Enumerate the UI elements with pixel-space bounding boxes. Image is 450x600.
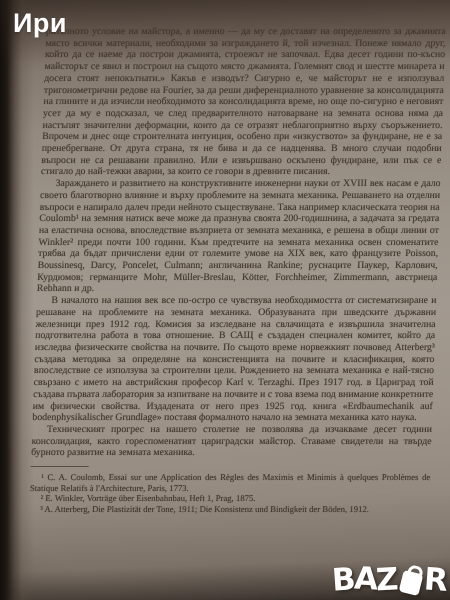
watermark-letter-z: Z [375, 564, 397, 596]
footnote-separator [31, 466, 89, 467]
seller-name-overlay: Ири [13, 10, 67, 37]
body-copy: рителното условие на майстора, а именно … [31, 26, 446, 459]
paragraph-2: Зараждането и развитието на конструктивн… [37, 178, 441, 295]
paragraph-1: рителното условие на майстора, а именно … [41, 26, 446, 178]
watermark-letter-a: A [353, 563, 377, 595]
watermark-letter-b: B [331, 564, 355, 596]
footnote-2: ² E. Winkler, Vorträge über Eisenbahnbau… [29, 493, 429, 504]
shopping-bag-icon [399, 570, 424, 596]
watermark-letter-r: R [423, 564, 447, 596]
bazar-watermark: B A Z R [332, 565, 446, 596]
page-text: рителното условие на майстора, а именно … [29, 26, 446, 514]
footnote-3: ³ A. Atterberg, Die Plastizität der Tone… [29, 504, 429, 515]
paragraph-3: В началото на нашия век все по-остро се … [32, 295, 436, 424]
paragraph-4: Техническият прогрес на нашето столетие … [31, 424, 432, 459]
footnotes: ¹ C. A. Coulomb, Essai sur une Applicati… [29, 472, 430, 514]
footnote-1: ¹ C. A. Coulomb, Essai sur une Applicati… [30, 472, 431, 493]
book-page-photo: рителното условие на майстора, а именно … [0, 0, 450, 600]
